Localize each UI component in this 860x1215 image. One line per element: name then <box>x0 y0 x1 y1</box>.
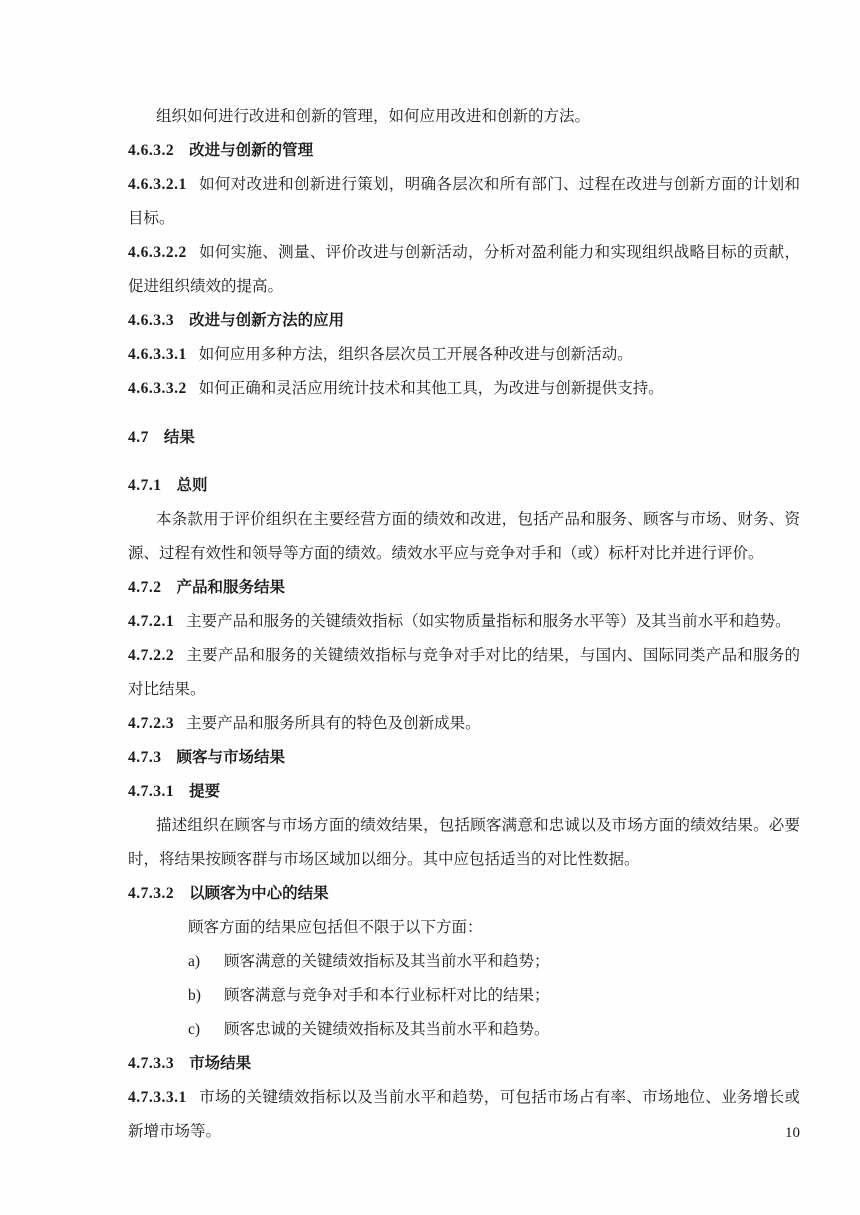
clause-number: 4.7.3.3.1 <box>128 1089 187 1106</box>
intro-paragraph: 组织如何进行改进和创新的管理，如何应用改进和创新的方法。 <box>128 100 800 134</box>
clause-text: 主要产品和服务的关键绩效指标与竞争对手对比的结果，与国内、国际同类产品和服务的对… <box>128 647 800 698</box>
clause-number: 4.7.2.1 <box>128 613 174 630</box>
heading-title: 结果 <box>164 429 195 446</box>
clause-number: 4.7.2.3 <box>128 715 174 732</box>
heading-4-7-3-3: 4.7.3.3市场结果 <box>128 1047 800 1081</box>
document-page: 组织如何进行改进和创新的管理，如何应用改进和创新的方法。 4.6.3.2改进与创… <box>0 0 860 1215</box>
clause-4-6-3-2-1: 4.6.3.2.1如何对改进和创新进行策划，明确各层次和所有部门、过程在改进与创… <box>128 168 800 236</box>
heading-4-7-3-1: 4.7.3.1提要 <box>128 775 800 809</box>
heading-title: 总则 <box>177 477 208 494</box>
list-text: 顾客满意与竞争对手和本行业标杆对比的结果； <box>224 987 550 1004</box>
heading-title: 市场结果 <box>189 1055 251 1072</box>
clause-text: 主要产品和服务所具有的特色及创新成果。 <box>186 715 481 732</box>
heading-number: 4.7.3 <box>128 749 162 766</box>
summary-paragraph: 描述组织在顾客与市场方面的绩效结果，包括顾客满意和忠诚以及市场方面的绩效结果。必… <box>128 809 800 877</box>
section-heading-4-7: 4.7结果 <box>128 421 800 455</box>
heading-number: 4.7.1 <box>128 477 162 494</box>
heading-title: 顾客与市场结果 <box>177 749 286 766</box>
heading-title: 产品和服务结果 <box>177 579 286 596</box>
clause-number: 4.6.3.2.1 <box>128 176 187 193</box>
list-item-a: a)顾客满意的关键绩效指标及其当前水平和趋势； <box>128 945 800 979</box>
clause-text: 如何实施、测量、评价改进与创新活动，分析对盈利能力和实现组织战略目标的贡献，促进… <box>128 244 800 295</box>
heading-number: 4.7.3.3 <box>128 1055 174 1072</box>
heading-title: 改进与创新方法的应用 <box>189 312 344 329</box>
heading-4-6-3-3: 4.6.3.3改进与创新方法的应用 <box>128 304 800 338</box>
clause-4-6-3-2-2: 4.6.3.2.2如何实施、测量、评价改进与创新活动，分析对盈利能力和实现组织战… <box>128 236 800 304</box>
clause-number: 4.6.3.3.1 <box>128 346 187 363</box>
heading-number: 4.7.2 <box>128 579 162 596</box>
clause-4-6-3-3-2: 4.6.3.3.2如何正确和灵活应用统计技术和其他工具，为改进与创新提供支持。 <box>128 372 800 406</box>
heading-title: 提要 <box>189 783 220 800</box>
list-marker: b) <box>188 979 224 1013</box>
clause-number: 4.6.3.3.2 <box>128 380 187 397</box>
clause-text: 市场的关键绩效指标以及当前水平和趋势，可包括市场占有率、市场地位、业务增长或新增… <box>128 1089 800 1140</box>
clause-4-7-2-3: 4.7.2.3主要产品和服务所具有的特色及创新成果。 <box>128 707 800 741</box>
page-number: 10 <box>785 1116 800 1150</box>
heading-title: 以顾客为中心的结果 <box>189 885 329 902</box>
heading-number: 4.7.3.1 <box>128 783 174 800</box>
list-item-c: c)顾客忠诚的关键绩效指标及其当前水平和趋势。 <box>128 1013 800 1047</box>
heading-number: 4.7.3.2 <box>128 885 174 902</box>
general-paragraph: 本条款用于评价组织在主要经营方面的绩效和改进，包括产品和服务、顾客与市场、财务、… <box>128 503 800 571</box>
clause-text: 主要产品和服务的关键绩效指标（如实物质量指标和服务水平等）及其当前水平和趋势。 <box>186 613 791 630</box>
clause-text: 如何正确和灵活应用统计技术和其他工具，为改进与创新提供支持。 <box>199 380 664 397</box>
heading-4-7-1: 4.7.1总则 <box>128 469 800 503</box>
heading-4-7-2: 4.7.2产品和服务结果 <box>128 571 800 605</box>
document-content: 组织如何进行改进和创新的管理，如何应用改进和创新的方法。 4.6.3.2改进与创… <box>128 100 800 1149</box>
heading-number: 4.6.3.3 <box>128 312 174 329</box>
clause-4-7-2-2: 4.7.2.2主要产品和服务的关键绩效指标与竞争对手对比的结果，与国内、国际同类… <box>128 639 800 707</box>
list-item-b: b)顾客满意与竞争对手和本行业标杆对比的结果； <box>128 979 800 1013</box>
heading-4-6-3-2: 4.6.3.2改进与创新的管理 <box>128 134 800 168</box>
clause-4-7-2-1: 4.7.2.1主要产品和服务的关键绩效指标（如实物质量指标和服务水平等）及其当前… <box>128 605 800 639</box>
list-text: 顾客忠诚的关键绩效指标及其当前水平和趋势。 <box>224 1021 550 1038</box>
clause-4-7-3-3-1: 4.7.3.3.1市场的关键绩效指标以及当前水平和趋势，可包括市场占有率、市场地… <box>128 1081 800 1149</box>
heading-number: 4.7 <box>128 429 149 446</box>
clause-4-6-3-3-1: 4.6.3.3.1如何应用多种方法，组织各层次员工开展各种改进与创新活动。 <box>128 338 800 372</box>
list-text: 顾客满意的关键绩效指标及其当前水平和趋势； <box>224 953 550 970</box>
heading-4-7-3: 4.7.3顾客与市场结果 <box>128 741 800 775</box>
list-marker: a) <box>188 945 224 979</box>
list-marker: c) <box>188 1013 224 1047</box>
heading-4-7-3-2: 4.7.3.2以顾客为中心的结果 <box>128 877 800 911</box>
clause-text: 如何对改进和创新进行策划，明确各层次和所有部门、过程在改进与创新方面的计划和目标… <box>128 176 800 227</box>
clause-text: 如何应用多种方法，组织各层次员工开展各种改进与创新活动。 <box>199 346 633 363</box>
clause-number: 4.7.2.2 <box>128 647 174 664</box>
heading-number: 4.6.3.2 <box>128 142 174 159</box>
clause-number: 4.6.3.2.2 <box>128 244 187 261</box>
heading-title: 改进与创新的管理 <box>189 142 313 159</box>
list-lead-in: 顾客方面的结果应包括但不限于以下方面： <box>128 911 800 945</box>
